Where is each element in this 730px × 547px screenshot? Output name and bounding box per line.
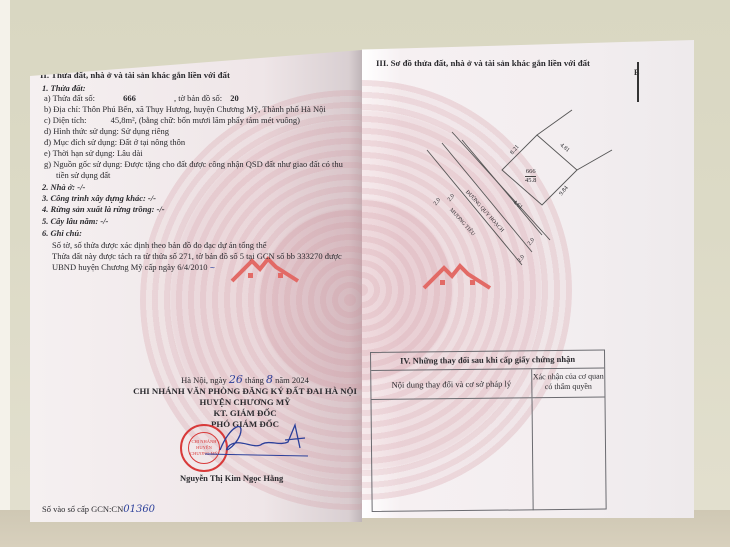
diagram-parcel-area: 45.8 <box>525 177 536 185</box>
date-day: 26 <box>229 373 243 386</box>
notes-line-2: Thửa đất này được tách ra từ thửa số 271… <box>52 251 342 262</box>
registry-number-row: Số vào sổ cấp GCN:CN01360 <box>42 504 155 516</box>
address-label: b) Địa chỉ: <box>44 104 80 114</box>
month-prefix: tháng <box>245 375 264 385</box>
parcel-heading: 1. Thửa đất: <box>42 83 86 94</box>
map-sheet-number: 20 <box>230 93 239 103</box>
diagram-parcel-number: 666 <box>525 168 536 177</box>
changes-table: IV. Những thay đổi sau khi cấp giấy chứn… <box>370 350 607 512</box>
usage-form-value: Sử dụng riêng <box>121 126 169 136</box>
purpose-label: đ) Mục đích sử dụng: <box>44 137 117 147</box>
certificate-page-left: II. Thửa đất, nhà ở và tài sản khác gắn … <box>30 50 362 522</box>
date-prefix: Hà Nội, ngày <box>181 375 227 385</box>
office-line-1: CHI NHÁNH VĂN PHÒNG ĐĂNG KÝ ĐẤT ĐAI HÀ N… <box>130 386 360 397</box>
origin-value: Được tặng cho đất được công nhận QSD đất… <box>124 159 343 169</box>
address-row: b) Địa chỉ: Thôn Phú Bến, xã Thụy Hương,… <box>44 104 326 115</box>
address-value: Thôn Phú Bến, xã Thụy Hương, huyện Chươn… <box>82 104 325 114</box>
signature <box>200 420 310 460</box>
notes-line-3-text: UBND huyện Chương Mỹ cấp ngày 6/4/2010 <box>52 262 207 272</box>
background-edge <box>0 0 10 547</box>
initials-handwritten: ~ <box>209 264 215 272</box>
changes-table-header: Nội dung thay đổi và cơ sở pháp lý Xác n… <box>371 369 604 400</box>
date-year: năm 2024 <box>275 375 309 385</box>
forest-row: 4. Rừng sản xuất là rừng trồng: -/- <box>42 204 165 215</box>
office-line-2: HUYỆN CHƯƠNG MỸ <box>130 397 360 408</box>
house-row: 2. Nhà ở: -/- <box>42 182 85 193</box>
parcel-label: 666 45.8 <box>525 168 536 185</box>
notes-line-1: Số tờ, số thửa được xác định theo bản đồ… <box>52 240 267 251</box>
perennial-row: 5. Cây lâu năm: -/- <box>42 216 108 227</box>
changes-cell <box>372 398 534 512</box>
purpose-value: Đất ở tại nông thôn <box>119 137 185 147</box>
column-header-confirmation: Xác nhận của cơ quan có thẩm quyền <box>532 369 604 398</box>
office-line-3: KT. GIÁM ĐỐC <box>130 408 360 419</box>
term-label: e) Thời hạn sử dụng: <box>44 148 115 158</box>
changes-table-body <box>372 398 606 512</box>
parcel-number-row: a) Thửa đất số: 666 , tờ bản đồ số: 20 <box>44 93 239 104</box>
parcel-number-label: a) Thửa đất số: <box>44 93 95 103</box>
parcel-diagram <box>362 40 694 340</box>
registry-label: Số vào sổ cấp GCN:CN <box>42 504 123 514</box>
origin-row: g) Nguồn gốc sử dụng: Được tặng cho đất … <box>44 159 343 170</box>
confirmation-cell <box>532 398 605 511</box>
usage-form-row: d) Hình thức sử dụng: Sử dụng riêng <box>44 126 169 137</box>
column-header-confirmation-line-1: Xác nhận của cơ quan <box>532 372 604 383</box>
map-sheet-label: , tờ bản đồ số: <box>174 93 222 103</box>
signer-name: Nguyễn Thị Kim Ngọc Hằng <box>180 473 283 484</box>
section-title-ii: II. Thửa đất, nhà ở và tài sản khác gắn … <box>40 70 230 81</box>
date-month: 8 <box>266 373 273 386</box>
usage-form-label: d) Hình thức sử dụng: <box>44 126 119 136</box>
registry-number: 01360 <box>123 504 155 515</box>
column-header-confirmation-line-2: có thẩm quyền <box>532 382 604 393</box>
area-label: c) Diện tích: <box>44 115 86 125</box>
signing-date: Hà Nội, ngày 26 tháng 8 năm 2024 <box>130 373 360 386</box>
column-header-changes: Nội dung thay đổi và cơ sở pháp lý <box>371 369 532 399</box>
term-row: e) Thời hạn sử dụng: Lâu dài <box>44 148 143 159</box>
notes-line-3: UBND huyện Chương Mỹ cấp ngày 6/4/2010~ <box>52 262 215 274</box>
origin-continued: tiền sử dụng đất <box>56 170 110 181</box>
area-row: c) Diện tích: 45,8m², (bằng chữ: bốn mươ… <box>44 115 300 126</box>
purpose-row: đ) Mục đích sử dụng: Đất ở tại nông thôn <box>44 137 185 148</box>
origin-label: g) Nguồn gốc sử dụng: <box>44 159 122 169</box>
term-value: Lâu dài <box>117 148 143 158</box>
notes-heading: 6. Ghi chú: <box>42 228 82 239</box>
area-value: 45,8m², (bằng chữ: bốn mươi lăm phẩy tám… <box>111 115 300 125</box>
other-works-row: 3. Công trình xây dựng khác: -/- <box>42 193 156 204</box>
certificate-page-right: III. Sơ đồ thửa đất, nhà ở và tài sản kh… <box>362 40 694 518</box>
parcel-number: 666 <box>123 93 136 103</box>
